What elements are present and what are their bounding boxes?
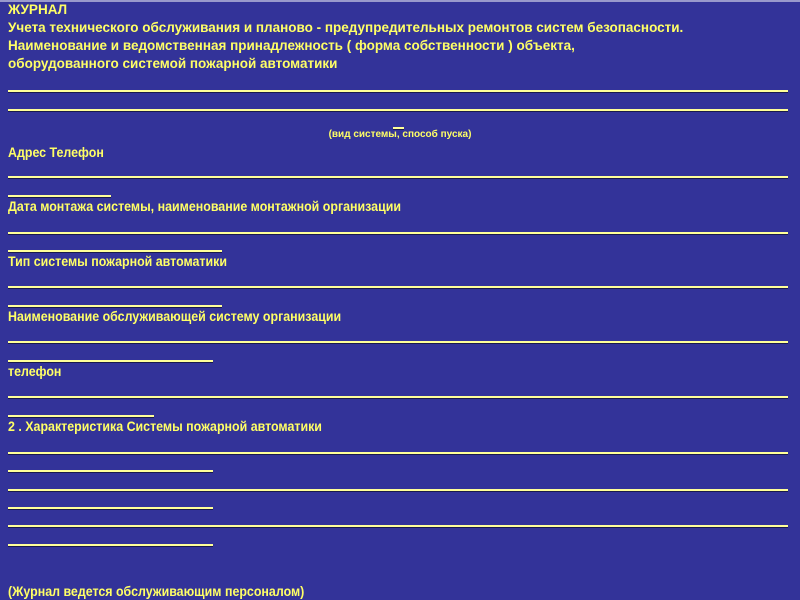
system-caption: (вид системы, способ пуска) [0,129,800,140]
fill-line-install-2[interactable] [8,250,222,252]
label-system-type: Тип системы пожарной автоматики [8,254,227,270]
fill-line-object-2[interactable] [8,109,788,111]
fill-line-service-1[interactable] [8,341,788,343]
fill-line-service-2[interactable] [8,360,213,362]
section-2-heading: 2 . Характеристика Системы пожарной авто… [8,419,322,435]
fill-line-phone-1[interactable] [8,396,788,398]
label-install-date: Дата монтажа системы, наименование монта… [8,199,401,215]
fill-line-object-1[interactable] [8,90,788,92]
fill-line-type-1[interactable] [8,286,788,288]
fill-line-char-5[interactable] [8,525,788,527]
fill-line-char-6[interactable] [8,544,213,546]
fill-line-address-2[interactable] [8,195,111,197]
fill-line-char-1[interactable] [8,452,788,454]
fill-line-address-1[interactable] [8,176,788,178]
document-title: ЖУРНАЛ [8,2,67,18]
fill-line-char-4[interactable] [8,507,213,509]
fill-line-char-2[interactable] [8,470,213,472]
fill-line-install-1[interactable] [8,232,788,234]
object-label-line-1: Наименование и ведомственная принадлежно… [8,38,575,54]
fill-line-type-2[interactable] [8,305,222,307]
fill-line-char-3[interactable] [8,489,788,491]
label-address-phone: Адрес Телефон [8,145,104,161]
top-border [0,0,800,2]
fill-line-phone-2[interactable] [8,415,154,417]
object-label-line-2: оборудованного системой пожарной автомат… [8,56,337,72]
label-service-org: Наименование обслуживающей систему орган… [8,309,341,325]
footer-note: (Журнал ведется обслуживающим персоналом… [8,584,304,600]
document-subtitle: Учета технического обслуживания и планов… [8,20,683,36]
label-phone: телефон [8,364,61,380]
